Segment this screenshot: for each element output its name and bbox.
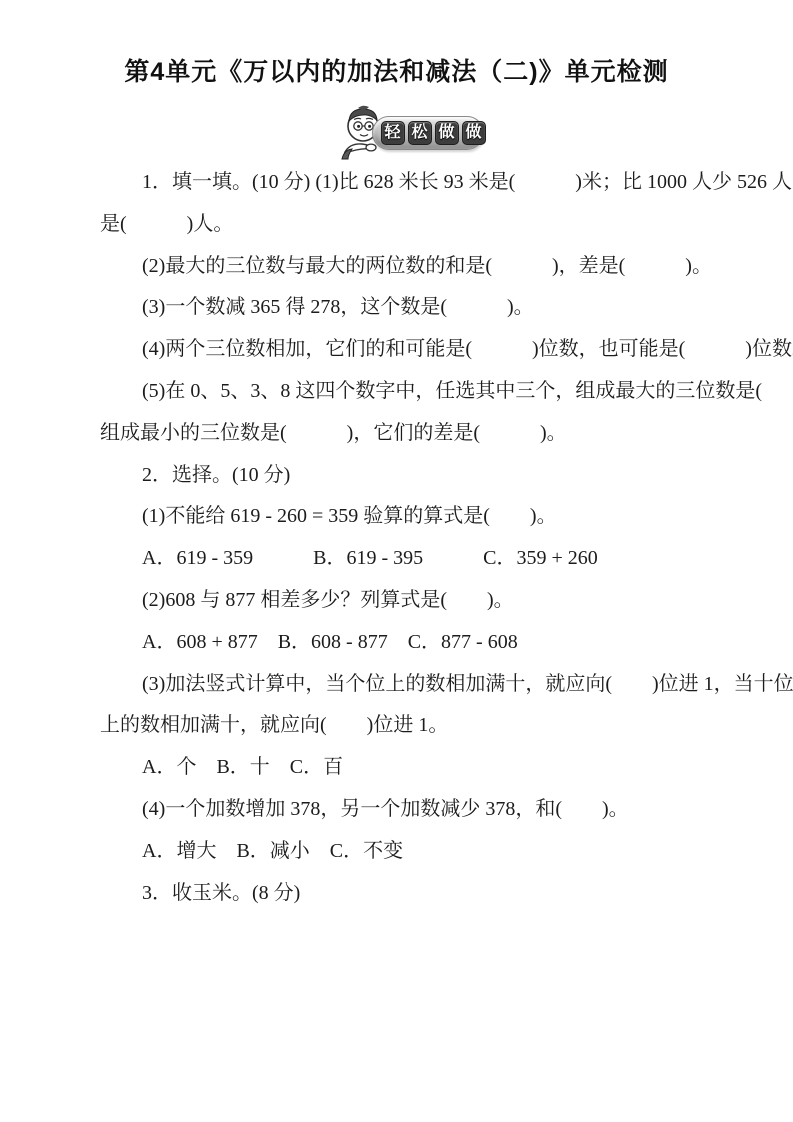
worksheet-page: 第4单元《万以内的加法和减法（二)》单元检测 轻 — [0, 0, 793, 1122]
q2-1-options-line: A．619 - 359 B．619 - 395 C．359 + 260 — [100, 538, 786, 580]
q3-corn-heading-line: 3．收玉米。(8 分) — [100, 873, 786, 915]
worksheet-body: 1．填一填。(10 分) (1)比 628 米长 93 米是( )米；比 100… — [100, 162, 786, 914]
q2-4-options-line: A．增大 B．减小 C．不变 — [100, 831, 786, 873]
badge-char: 做 — [465, 125, 481, 141]
badge-tile: 松 — [408, 121, 432, 145]
badge-tile: 做 — [462, 121, 486, 145]
q1-2-line: (2)最大的三位数与最大的两位数的和是( )，差是( )。 — [100, 246, 786, 288]
q1-1-continuation-line: 是( )人。 — [100, 204, 786, 246]
q1-5-line: (5)在 0、5、3、8 这四个数字中，任选其中三个，组成最大的三位数是( )， — [100, 371, 786, 413]
q1-fill-in-heading-line: 1．填一填。(10 分) (1)比 628 米长 93 米是( )米；比 100… — [100, 162, 786, 204]
badge-capsule: 轻 松 做 做 — [372, 116, 484, 150]
q2-3-options-line: A．个 B．十 C．百 — [100, 747, 786, 789]
q2-2-options-line: A．608 + 877 B．608 - 877 C．877 - 608 — [100, 622, 786, 664]
badge-char: 轻 — [384, 125, 400, 141]
badge-char: 做 — [438, 125, 454, 141]
q2-choice-heading-line: 2．选择。(10 分) — [100, 455, 786, 497]
q2-4-line: (4)一个加数增加 378，另一个加数减少 378，和( )。 — [100, 789, 786, 831]
q2-2-line: (2)608 与 877 相差多少？列算式是( )。 — [100, 580, 786, 622]
page-title: 第4单元《万以内的加法和减法（二)》单元检测 — [0, 52, 793, 88]
badge-tile: 做 — [435, 121, 459, 145]
badge-char: 松 — [411, 125, 427, 141]
q2-1-line: (1)不能给 619 - 260 = 359 验算的算式是( )。 — [100, 496, 786, 538]
q1-5-continuation-line: 组成最小的三位数是( )，它们的差是( )。 — [100, 413, 786, 455]
badge-tile: 轻 — [381, 121, 405, 145]
q2-3-line: (3)加法竖式计算中，当个位上的数相加满十，就应向( )位进 1，当十位 — [100, 664, 786, 706]
easy-practice-badge: 轻 松 做 做 — [336, 103, 488, 161]
q1-4-line: (4)两个三位数相加，它们的和可能是( )位数，也可能是( )位数。 — [100, 329, 786, 371]
q2-3-continuation-line: 上的数相加满十，就应向( )位进 1。 — [100, 705, 786, 747]
q1-3-line: (3)一个数减 365 得 278，这个数是( )。 — [100, 287, 786, 329]
